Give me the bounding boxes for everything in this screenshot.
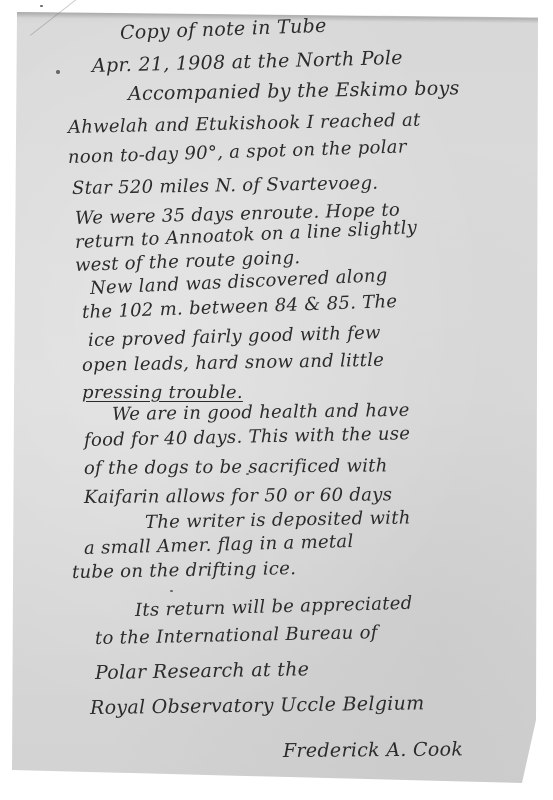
photo-page: Copy of note in Tube Apr. 21, 1908 at th… bbox=[0, 0, 553, 800]
note-line: Polar Research at the bbox=[95, 658, 310, 684]
note-line: We are in good health and have bbox=[112, 400, 410, 425]
dust-speck bbox=[40, 5, 43, 7]
note-line: tube on the drifting ice. bbox=[72, 558, 297, 583]
note-line: Kaifarin allows for 50 or 60 days bbox=[84, 484, 392, 508]
note-line: of the dogs to be sacrificed with bbox=[84, 455, 388, 479]
dust-speck bbox=[56, 70, 60, 74]
note-line: Royal Observatory Uccle Belgium bbox=[90, 692, 425, 719]
dust-speck bbox=[170, 590, 173, 592]
note-line: pressing trouble. bbox=[82, 382, 243, 403]
signature: Frederick A. Cook bbox=[283, 738, 463, 762]
